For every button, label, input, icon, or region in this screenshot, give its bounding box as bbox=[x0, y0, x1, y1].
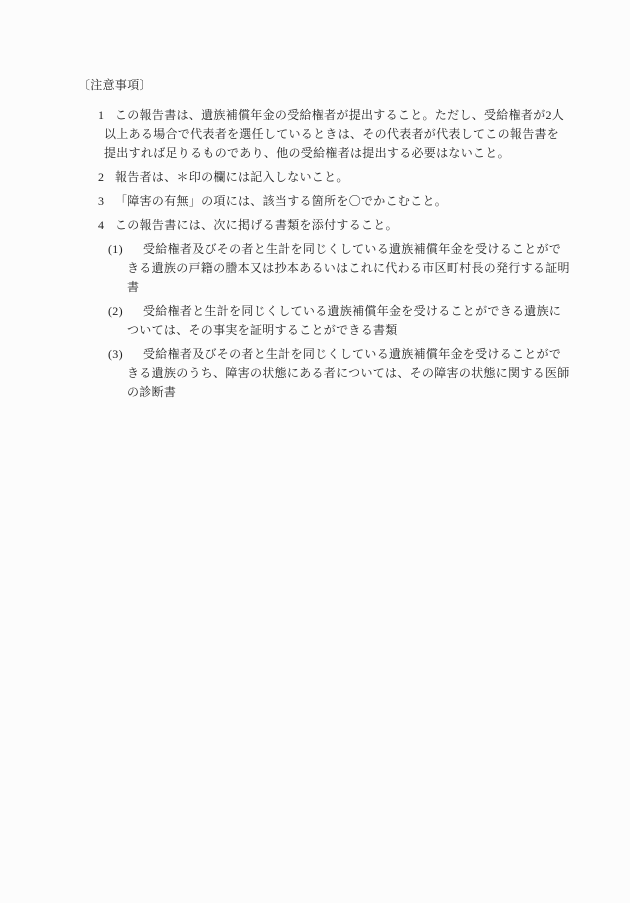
note-item-2: 2 報告者は、＊印の欄には記入しないこと。 bbox=[0, 168, 630, 187]
note-item-3: 3 「障害の有無」の項には、該当する箇所を〇でかこむこと。 bbox=[0, 192, 630, 211]
note-item-4: 4 この報告書には、次に掲げる書類を添付すること。 bbox=[0, 216, 630, 235]
note-item-2-text: 報告者は、＊印の欄には記入しないこと。 bbox=[115, 170, 349, 184]
document-body: { "page": { "background": "#fcfcfc", "te… bbox=[0, 0, 630, 903]
note-item-3-number: 3 bbox=[98, 192, 104, 211]
attachment-item-2-text: 受給権者と生計を同じくしている遺族補償年金を受けることができる遺族に ついては、… bbox=[127, 304, 561, 337]
attachment-item-1-text: 受給権者及びその者と生計を同じくしている遺族補償年金を受けることがで きる遺族の… bbox=[127, 242, 570, 294]
notes-heading: 〔注意事項〕 bbox=[0, 76, 630, 95]
attachment-item-2-number: (2) bbox=[108, 302, 123, 321]
attachment-item-1: (1) 受給権者及びその者と生計を同じくしている遺族補償年金を受けることがで き… bbox=[0, 240, 630, 297]
note-item-1-number: 1 bbox=[98, 106, 104, 125]
note-item-1-text: この報告書は、遺族補償年金の受給権者が提出すること。ただし、受給権者が2人 以上… bbox=[104, 108, 564, 160]
note-item-2-number: 2 bbox=[98, 168, 104, 187]
note-item-4-number: 4 bbox=[98, 216, 104, 235]
note-item-4-text: この報告書には、次に掲げる書類を添付すること。 bbox=[115, 218, 398, 232]
attachment-item-2: (2) 受給権者と生計を同じくしている遺族補償年金を受けることができる遺族に つ… bbox=[0, 302, 630, 340]
notes-page: 〔注意事項〕 1 この報告書は、遺族補償年金の受給権者が提出すること。ただし、受… bbox=[0, 0, 630, 903]
note-item-3-text: 「障害の有無」の項には、該当する箇所を〇でかこむこと。 bbox=[115, 194, 447, 208]
attachment-item-3: (3) 受給権者及びその者と生計を同じくしている遺族補償年金を受けることがで き… bbox=[0, 345, 630, 402]
attachment-item-1-number: (1) bbox=[108, 240, 123, 259]
attachment-item-3-text: 受給権者及びその者と生計を同じくしている遺族補償年金を受けることがで きる遺族の… bbox=[127, 347, 570, 399]
attachment-item-3-number: (3) bbox=[108, 345, 123, 364]
note-item-1: 1 この報告書は、遺族補償年金の受給権者が提出すること。ただし、受給権者が2人 … bbox=[0, 106, 630, 163]
